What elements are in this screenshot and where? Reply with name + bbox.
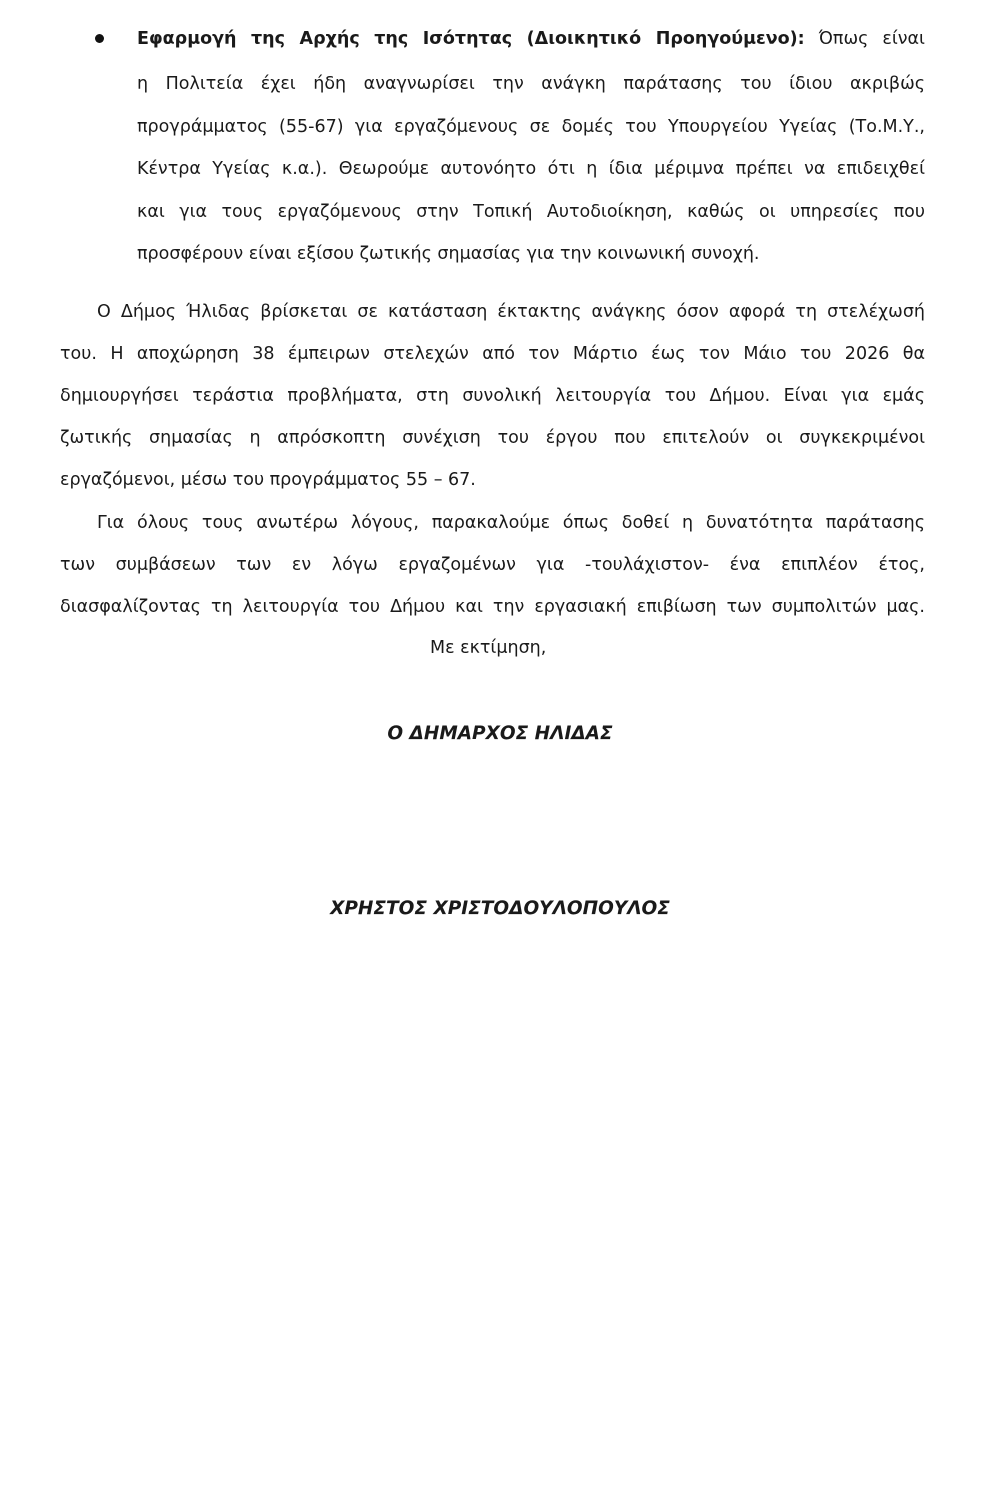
- signature-name: ΧΡΗΣΤΟΣ ΧΡΙΣΤΟΔΟΥΛΟΠΟΥΛΟΣ: [0, 898, 1000, 919]
- paragraph2-line: των συμβάσεων των εν λόγω εργαζομένων γι…: [60, 553, 925, 577]
- bullet-line-last: προσφέρουν είναι εξίσου ζωτικής σημασίας…: [137, 242, 759, 266]
- paragraph1-line: δημιουργήσει τεράστια προβλήματα, στη συ…: [60, 384, 925, 408]
- paragraph2-line: διασφαλίζοντας τη λειτουργία του Δήμου κ…: [60, 595, 925, 619]
- bullet-first-line: Εφαρμογή της Αρχής της Ισότητας (Διοικητ…: [137, 27, 925, 51]
- bullet-heading: Εφαρμογή της Αρχής της Ισότητας (Διοικητ…: [137, 29, 805, 49]
- paragraph1-line: ζωτικής σημασίας η απρόσκοπτη συνέχιση τ…: [60, 426, 925, 450]
- bullet-line: η Πολιτεία έχει ήδη αναγνωρίσει την ανάγ…: [137, 72, 925, 96]
- paragraph1-line: Ο Δήμος Ήλιδας βρίσκεται σε κατάσταση έκ…: [97, 300, 925, 324]
- bullet-line: προγράμματος (55-67) για εργαζόμενους σε…: [137, 115, 925, 139]
- bullet-line: και για τους εργαζόμενους στην Τοπική Αυ…: [137, 200, 925, 224]
- letter-page: Εφαρμογή της Αρχής της Ισότητας (Διοικητ…: [0, 0, 1000, 1500]
- bullet-line: Κέντρα Υγείας κ.α.). Θεωρούμε αυτονόητο …: [137, 157, 925, 181]
- bullet-icon: [95, 34, 104, 43]
- paragraph1-line: του. Η αποχώρηση 38 έμπειρων στελεχών απ…: [60, 342, 925, 366]
- signature-title: Ο ΔΗΜΑΡΧΟΣ ΗΛΙΔΑΣ: [0, 723, 1000, 744]
- paragraph2-line: Για όλους τους ανωτέρω λόγους, παρακαλού…: [97, 511, 925, 535]
- paragraph1-line-last: εργαζόμενοι, μέσω του προγράμματος 55 – …: [60, 468, 476, 492]
- closing-text: Με εκτίμηση,: [430, 636, 546, 660]
